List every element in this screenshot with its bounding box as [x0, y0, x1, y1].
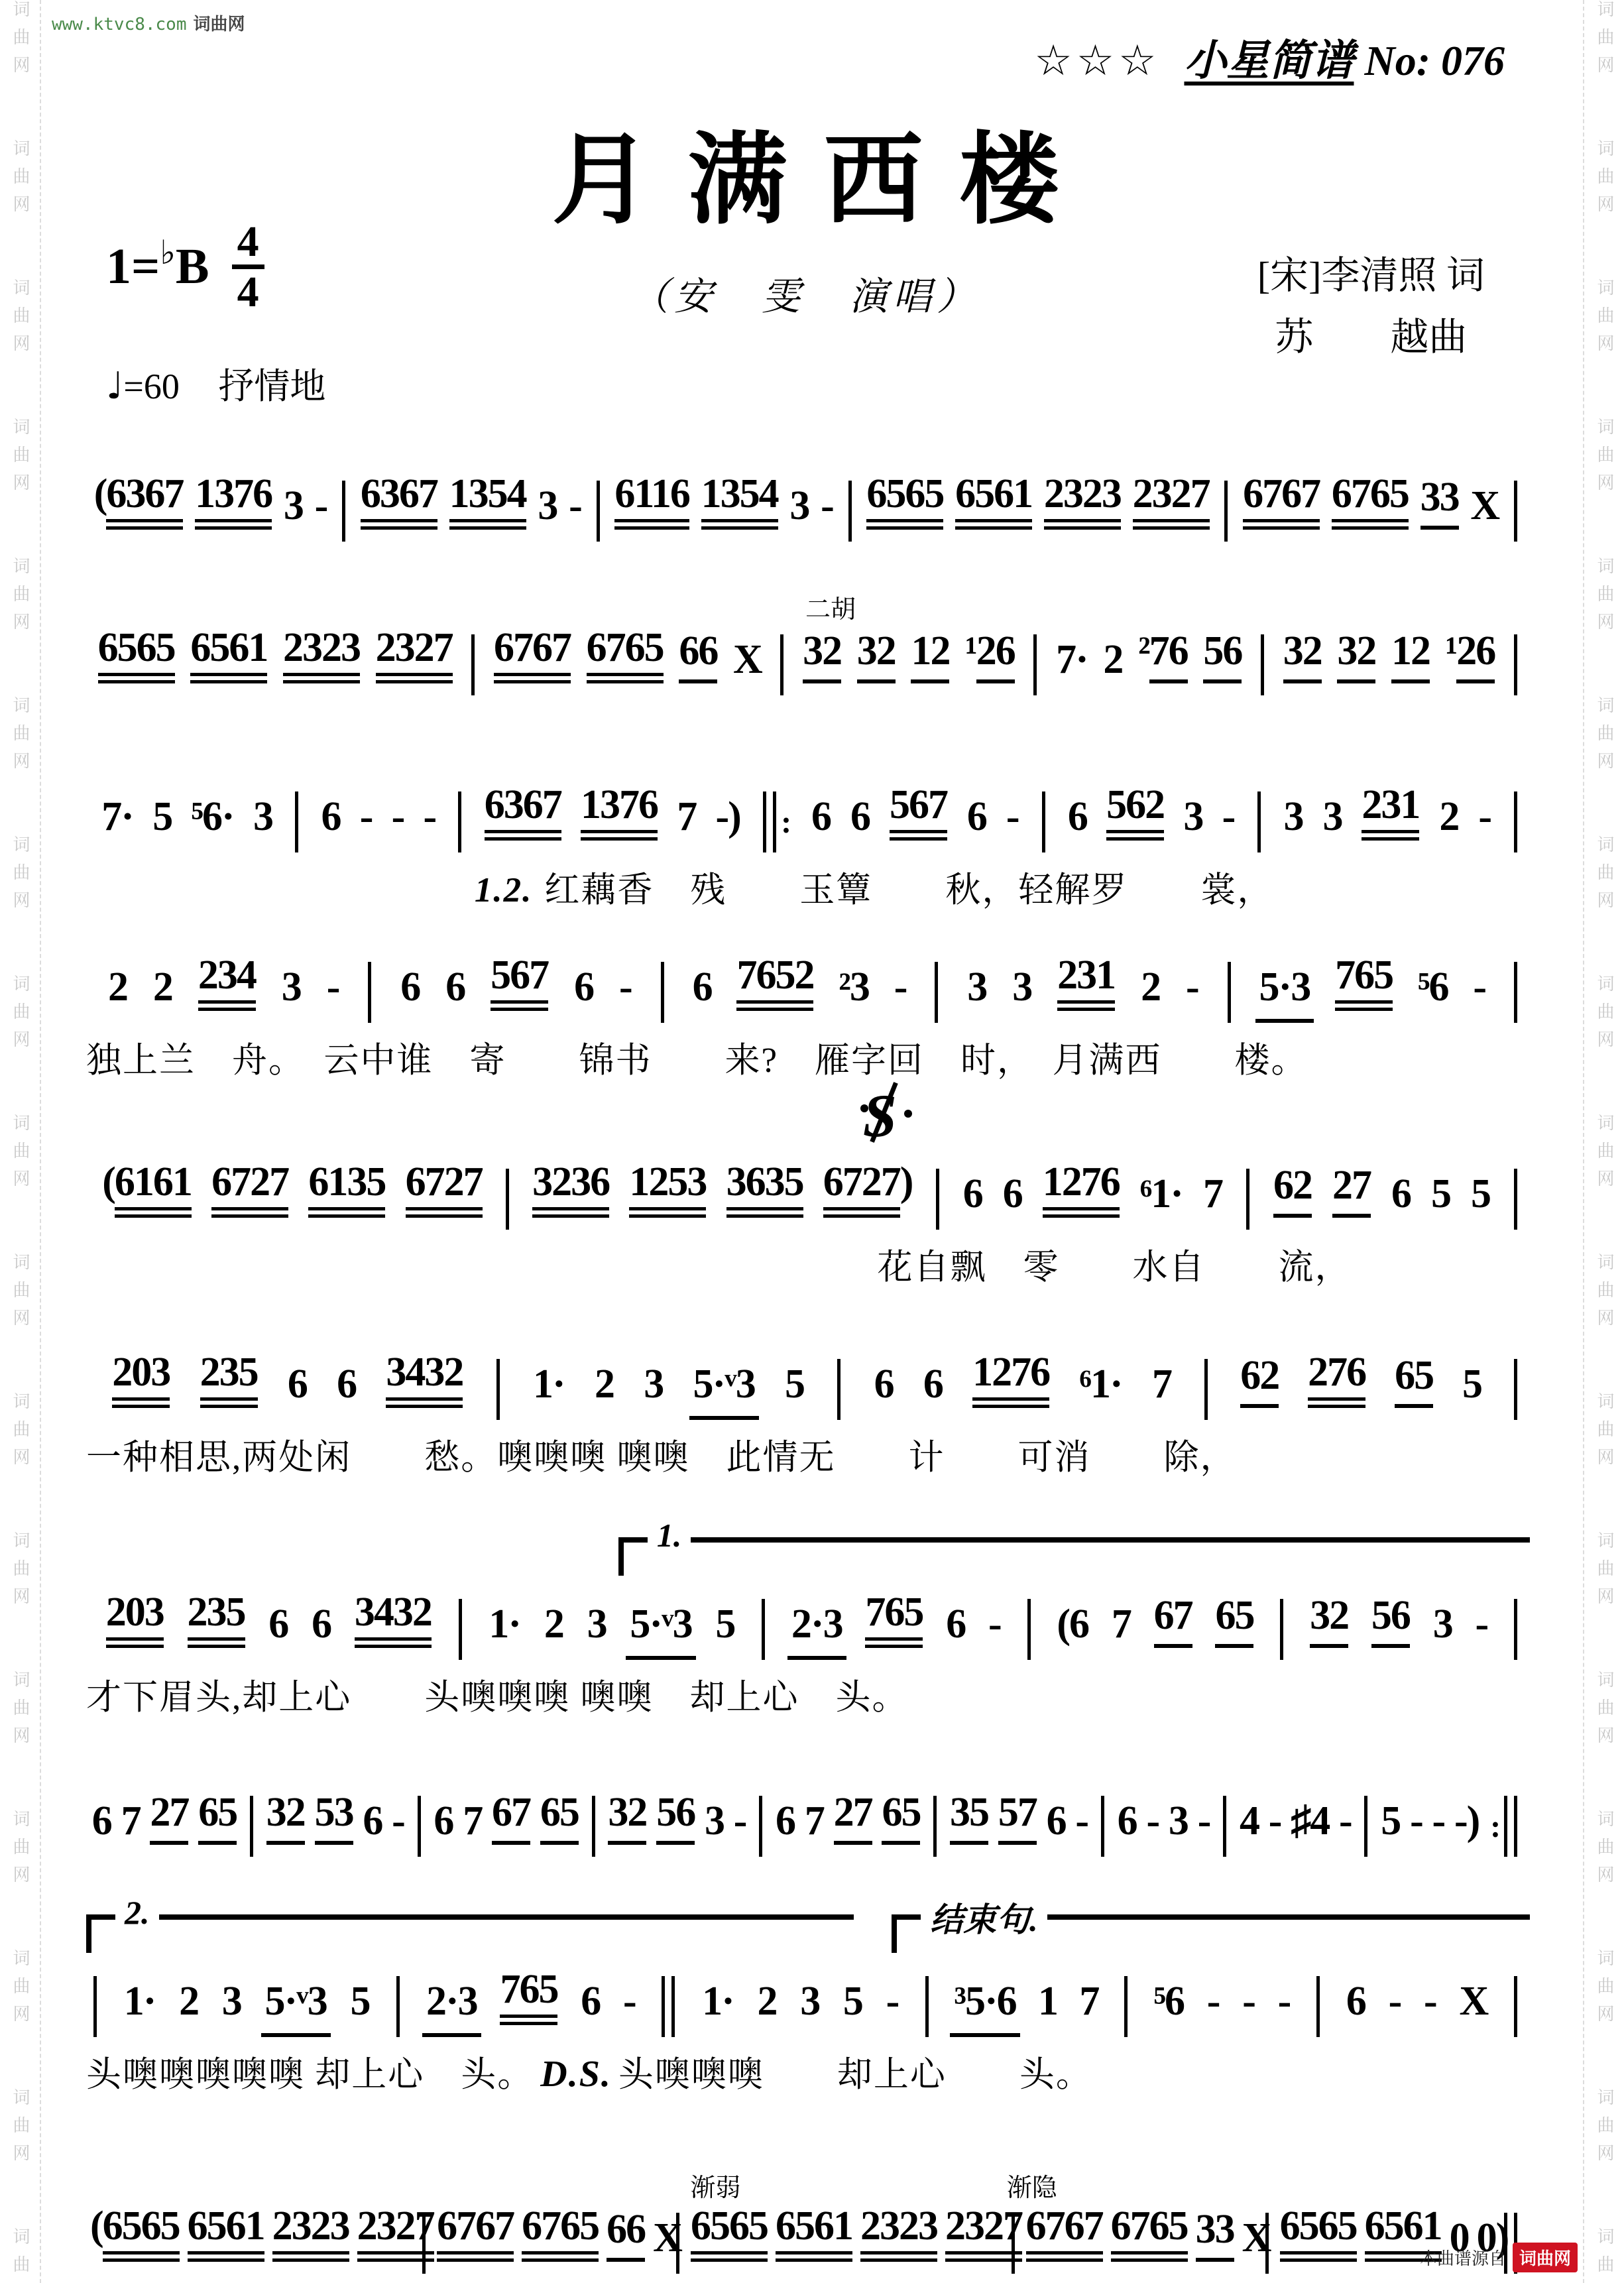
- note-group: 65: [194, 1789, 241, 1857]
- note-group: 6565: [687, 2203, 772, 2274]
- sheet-music-page: 词曲网 词曲网 词曲网 词曲网 词曲网 词曲网 词曲网 词曲网 词曲网 词曲网 …: [0, 0, 1624, 2283]
- note-group: 6767: [1022, 2203, 1107, 2274]
- note-group: 1·: [698, 1978, 738, 2037]
- barline: [1262, 2213, 1272, 2274]
- measure: 676765: [428, 1789, 585, 1857]
- note-group: -: [1385, 1978, 1405, 2037]
- barline: [247, 1796, 257, 1857]
- measure: 661276⁶1·7: [947, 1159, 1239, 1230]
- note-group: 35: [946, 1789, 992, 1857]
- barline: [1243, 1169, 1253, 1230]
- lyrics-text: 才下眉头,却上心 头噢噢噢 噢噢 却上心 头。: [86, 1678, 909, 1717]
- note-group: 3: [701, 1798, 728, 1857]
- measure: 7·2²7656: [1044, 628, 1253, 695]
- note-group: 3: [218, 1978, 245, 2037]
- lyrics-text: 一种相思,两处闲 愁。噢噢噢 噢噢 此情无 计 可消 除，: [86, 1438, 1237, 1477]
- barline: [589, 1796, 599, 1857]
- barline: [1277, 1599, 1287, 1660]
- note-group: 6561: [184, 2203, 268, 2274]
- note-group: 1·: [529, 1361, 569, 1420]
- note-group: 6727): [819, 1159, 917, 1230]
- barline: [455, 1599, 465, 1660]
- note-group: 2·3: [787, 1601, 846, 1660]
- note-group: X: [729, 636, 766, 695]
- note-group: 6367: [481, 782, 565, 852]
- measure: 5---): [1375, 1798, 1485, 1857]
- note-group: 6: [359, 1798, 386, 1857]
- note-group: -: [1194, 1798, 1214, 1857]
- barline: [1511, 481, 1521, 542]
- note-group: 1354: [445, 471, 530, 542]
- note-group: 2: [1137, 964, 1164, 1023]
- measure: 4-♯4-: [1234, 1798, 1357, 1857]
- note-group: 1·: [120, 1978, 160, 2037]
- note-group: 2327: [1129, 471, 1214, 542]
- barline: [1254, 791, 1264, 852]
- note-group: 1253: [625, 1159, 710, 1230]
- measure: (676765: [1038, 1592, 1273, 1660]
- note-group: 32: [853, 628, 899, 695]
- measure: 672765: [770, 1789, 926, 1857]
- note-group: 2323: [279, 624, 364, 695]
- volta-label: 结束句.: [921, 1893, 1047, 1941]
- barline: :: [1489, 1796, 1521, 1857]
- measure: 6565656123232327: [859, 471, 1218, 542]
- note-group: 567: [886, 782, 951, 852]
- note-group: 6: [689, 964, 716, 1023]
- measure: 203235663432: [86, 1589, 451, 1660]
- barline: [1221, 481, 1231, 542]
- lyrics-text: 头噢噢噢 却上心 头。: [618, 2056, 1092, 2094]
- note-group: 6: [570, 964, 597, 1023]
- note-group: 6727: [402, 1159, 487, 1230]
- note-group: 7: [1199, 1171, 1226, 1230]
- note-group: 6765: [1328, 471, 1413, 542]
- barline: [658, 1976, 678, 2037]
- music-line: 1.2032356634321·235·ᵛ352·37656-(67676532…: [86, 1589, 1525, 1720]
- annotation-label: 渐隐: [1007, 2167, 1057, 2203]
- measure: 32563-: [1291, 1592, 1507, 1660]
- note-group: -: [1071, 1798, 1092, 1857]
- note-group: -: [311, 483, 331, 542]
- barline: [931, 962, 941, 1023]
- note-group: 62: [1236, 1352, 1283, 1420]
- barline: [1224, 962, 1234, 1023]
- tempo-value: =60: [123, 367, 179, 406]
- notation-row: (636713763-636713543-611613543-656565612…: [86, 471, 1525, 542]
- barline: [339, 481, 349, 542]
- note-group: 6765: [583, 624, 667, 695]
- note-group: -: [1203, 1978, 1224, 2037]
- note-group: 3: [1429, 1601, 1456, 1660]
- note-group: -: [1428, 1798, 1449, 1857]
- measure: 332312-: [945, 952, 1220, 1023]
- note-group: 1354: [697, 471, 782, 542]
- key-prefix: 1=: [106, 238, 160, 296]
- notation-row: 65656561232323276767676566X323212¹267·2²…: [86, 624, 1525, 695]
- note-group: ⁵6: [1414, 964, 1452, 1023]
- note-group: 765: [1331, 952, 1397, 1023]
- barline: [1511, 1599, 1521, 1660]
- music-line: S(61616727613567273236125336356727)66127…: [86, 1159, 1525, 1289]
- note-group: -: [817, 483, 837, 542]
- note-group: -: [565, 483, 585, 542]
- note-group: -: [323, 964, 343, 1023]
- note-group: 6561: [186, 624, 271, 695]
- note-group: 7·: [97, 793, 137, 852]
- note-group: 234: [194, 952, 260, 1023]
- barline: [419, 2213, 429, 2274]
- measure: 665676-: [378, 952, 653, 1023]
- barline: [834, 1359, 844, 1420]
- note-group: 5: [839, 1978, 866, 2037]
- note-group: 1376: [191, 471, 276, 542]
- note-group: 12: [907, 628, 953, 695]
- note-group: 5: [148, 793, 176, 852]
- notation-row: 2032356634321·235·ᵛ352·37656-(6767653256…: [86, 1589, 1525, 1660]
- footer-credit: 本曲谱源自 词曲网: [1420, 2243, 1578, 2272]
- measure: 636713767-): [469, 782, 756, 852]
- note-group: 12: [1387, 628, 1434, 695]
- barline: [1313, 1976, 1323, 2037]
- note-group: -: [1472, 1601, 1492, 1660]
- barline: [758, 1599, 768, 1660]
- note-group: ²3: [835, 964, 873, 1023]
- note-group: 6: [1043, 1798, 1070, 1857]
- note-group: 6135: [304, 1159, 389, 1230]
- note-group: 276: [1304, 1349, 1369, 1420]
- note-group: 6: [1114, 1798, 1141, 1857]
- key-signature: 1=♭B 4 4: [106, 219, 264, 316]
- annotation-label: 渐弱: [690, 2167, 740, 2203]
- note-group: ⁶1·: [1136, 1171, 1187, 1230]
- note-group: 1·: [485, 1601, 524, 1660]
- note-group: 6: [264, 1601, 292, 1660]
- barline: [1008, 2213, 1018, 2274]
- note-group: 2: [104, 964, 131, 1023]
- note-group: 203: [108, 1349, 174, 1420]
- note-group: 57: [994, 1789, 1041, 1857]
- note-group: 2: [591, 1361, 618, 1420]
- note-group: 5: [781, 1361, 808, 1420]
- note-group: 6: [88, 1798, 115, 1857]
- note-group: ²76: [1134, 628, 1192, 695]
- barline: [1511, 1359, 1521, 1420]
- series-number: No: 076: [1364, 37, 1505, 84]
- note-group: -: [882, 1978, 903, 2037]
- flat-icon: ♭: [160, 233, 176, 272]
- note-group: 2: [1435, 793, 1462, 852]
- meter-denominator: 4: [232, 269, 264, 315]
- footer-source-text: 本曲谱源自: [1420, 2245, 1506, 2270]
- note-group: 1: [1034, 1978, 1061, 2037]
- measure: 636713543-: [353, 471, 589, 542]
- note-group: 235: [184, 1589, 249, 1660]
- note-group: (6: [1053, 1601, 1092, 1660]
- note-group: 6: [846, 793, 874, 852]
- note-group: 6116: [610, 471, 693, 542]
- note-group: 3236: [528, 1159, 613, 1230]
- barline: [455, 791, 465, 852]
- barline: [493, 1359, 503, 1420]
- note-group: -: [1469, 964, 1489, 1023]
- note-group: 5·ᵛ3: [626, 1601, 695, 1660]
- barline: [1201, 1359, 1211, 1420]
- music-line: 7·5⁵6·36---636713767-):665676-65623-3323…: [86, 782, 1525, 912]
- notation-row: 67276532536-67676532563-67276535576-6-3-…: [86, 1789, 1525, 1857]
- tempo-marking: ♩=60 抒情地: [106, 358, 325, 409]
- key-note: B: [176, 238, 209, 296]
- note-group: 65: [1211, 1592, 1257, 1660]
- barline: [922, 1976, 932, 2037]
- barline: [1098, 1796, 1108, 1857]
- note-group: 3: [963, 964, 990, 1023]
- verse-number: 1.2.: [475, 871, 533, 909]
- music-line: 67276532536-67676532563-67276535576-6-3-…: [86, 1789, 1525, 1857]
- right-watermark-rail: 词曲网 词曲网 词曲网 词曲网 词曲网 词曲网 词曲网 词曲网 词曲网 词曲网 …: [1583, 0, 1624, 2283]
- note-group: 32: [1333, 628, 1379, 695]
- note-group: 2: [175, 1978, 202, 2037]
- measure: 6227655: [1257, 1162, 1507, 1230]
- music-line: 222343-665676-67652²3-332312-5·3765⁵6-独上…: [86, 952, 1525, 1083]
- note-group: 67: [488, 1789, 534, 1857]
- measure: 222343-: [86, 952, 361, 1023]
- barline: [468, 634, 478, 695]
- note-group: 6765: [1107, 2203, 1192, 2274]
- note-group: -: [1238, 1978, 1259, 2037]
- measure: ³5·617: [936, 1978, 1117, 2037]
- note-group: 33: [1192, 2206, 1238, 2274]
- note-group: 6: [308, 1601, 335, 1660]
- note-group: 6: [999, 1171, 1026, 1230]
- note-group: 27: [146, 1789, 192, 1857]
- note-group: -: [730, 1798, 750, 1857]
- lyrics-line: 花自飘 零 水自 流，: [878, 1239, 1525, 1289]
- note-group: 2323: [1040, 471, 1125, 542]
- note-group: -: [420, 793, 440, 852]
- measure: 35576-: [944, 1789, 1094, 1857]
- volta-label: 1.: [648, 1516, 691, 1554]
- music-line: (636713763-636713543-611613543-656565612…: [86, 471, 1525, 542]
- note-group: 67: [1150, 1592, 1196, 1660]
- note-group: 1276: [1039, 1159, 1124, 1230]
- note-group: -: [1265, 1798, 1285, 1857]
- note-group: -: [388, 793, 408, 852]
- measure: 1·235-: [682, 1978, 918, 2037]
- note-group: 4: [1236, 1798, 1263, 1857]
- lyrics-line: 一种相思,两处闲 愁。噢噢噢 噢噢 此情无 计 可消 除，: [86, 1429, 1525, 1480]
- measure: 661276⁶1·7: [848, 1349, 1197, 1420]
- note-group: 62: [1269, 1162, 1316, 1230]
- barline: [1361, 1796, 1371, 1857]
- barline: [845, 481, 855, 542]
- measure: 67652²3-: [671, 952, 928, 1023]
- note-group: 66: [603, 2206, 649, 2274]
- note-group: 6565: [1276, 2203, 1361, 2274]
- note-group: 765: [496, 1966, 561, 2037]
- note-group: 6565: [94, 624, 179, 695]
- barline: [593, 481, 603, 542]
- measure: ⁵6---: [1135, 1978, 1309, 2037]
- music-line: 二胡65656561232323276767676566X323212¹267·…: [86, 624, 1525, 695]
- barline: [1024, 1599, 1034, 1660]
- note-group: 2323: [856, 2203, 941, 2274]
- note-group: 65: [878, 1789, 924, 1857]
- barline: [1257, 634, 1267, 695]
- note-group: (6565: [86, 2203, 184, 2274]
- note-group: 5: [346, 1978, 373, 2037]
- volta-bracket: 2.: [86, 1914, 854, 1953]
- note-group: 3635: [723, 1159, 807, 1230]
- barline: [1039, 791, 1049, 852]
- lyricist-credit: [宋]李清照 词: [1257, 245, 1485, 307]
- note-group: 7652: [732, 952, 817, 1023]
- note-group: 3: [249, 793, 276, 852]
- note-group: 3: [278, 964, 305, 1023]
- note-group: 6: [919, 1361, 947, 1420]
- left-watermark-rail: 词曲网 词曲网 词曲网 词曲网 词曲网 词曲网 词曲网 词曲网 词曲网 词曲网 …: [0, 0, 41, 2283]
- note-group: 6: [577, 1978, 604, 2037]
- page-title: 月满西楼: [86, 99, 1525, 243]
- measure: 665676-: [795, 782, 1035, 852]
- note-group: ⁵6: [1149, 1978, 1188, 2037]
- note-group: 3432: [351, 1589, 435, 1660]
- volta-bracket: 1.: [618, 1537, 1530, 1576]
- score-body: (636713763-636713543-611613543-656565612…: [86, 471, 1525, 2274]
- note-group: -: [1218, 793, 1239, 852]
- note-group: 6765: [518, 2203, 603, 2274]
- note-group: 3: [280, 483, 307, 542]
- note-group: ⁶1·: [1075, 1361, 1126, 1420]
- quarter-note-icon: ♩: [106, 365, 123, 408]
- measure: 6767676566X: [482, 624, 773, 695]
- note-group: 5: [1377, 1798, 1404, 1857]
- measure: 5·3765⁵6-: [1238, 952, 1507, 1023]
- note-group: 3: [534, 483, 561, 542]
- barline: [1511, 791, 1521, 852]
- note-group: 3: [1165, 1798, 1192, 1857]
- note-group: -: [1274, 1978, 1295, 2037]
- note-group: 33: [1417, 474, 1463, 542]
- note-group: 2: [753, 1978, 780, 2037]
- note-group: 6: [284, 1361, 311, 1420]
- note-group: 6561: [951, 471, 1036, 542]
- note-group: 3: [1008, 964, 1035, 1023]
- footer-site-badge[interactable]: 词曲网: [1513, 2243, 1578, 2272]
- note-group: 6: [870, 1361, 898, 1420]
- score-header: ☆☆☆ 小星简谱 No: 076 月满西楼 （安 雯 演唱） [宋]李清照 词 …: [86, 0, 1525, 424]
- barline: [930, 1796, 940, 1857]
- lyrics-text: 红藕香 残 玉簟 秋，轻解罗 裳，: [544, 871, 1273, 909]
- measure: (6565656123232327: [86, 2203, 415, 2274]
- credits: [宋]李清照 词 苏 越曲: [1257, 245, 1485, 369]
- note-group: 6: [807, 793, 835, 852]
- note-group: 56: [1199, 628, 1246, 695]
- note-group: 65: [1391, 1352, 1437, 1420]
- measure: 3236125336356727): [516, 1159, 929, 1230]
- note-group: 66: [675, 628, 721, 695]
- measure: 6767676533X: [1235, 471, 1507, 542]
- series-line: ☆☆☆ 小星简谱 No: 076: [1034, 27, 1505, 88]
- barline: [393, 1976, 403, 2037]
- expression-marking: 抒情地: [218, 367, 325, 406]
- note-group: 6767: [433, 2203, 518, 2274]
- composer-credit: 苏 越曲: [1257, 307, 1485, 369]
- measure: 6767676533X: [1022, 2203, 1258, 2274]
- note-group: 6727: [207, 1159, 292, 1230]
- barline: [502, 1169, 512, 1230]
- meter-numerator: 4: [232, 219, 264, 269]
- note-group: 3: [1279, 793, 1306, 852]
- note-group: -: [984, 1601, 1005, 1660]
- note-group: 2: [1099, 636, 1126, 695]
- note-group: 32: [1279, 628, 1326, 695]
- note-group: 3: [785, 483, 813, 542]
- note-group: 7: [1075, 1978, 1102, 2037]
- note-group: 3: [1179, 793, 1206, 852]
- note-group: 6565: [862, 471, 947, 542]
- note-group: (6161: [98, 1159, 196, 1230]
- measure: (636713763-: [86, 471, 335, 542]
- measure: 32563-: [603, 1789, 752, 1857]
- measure: 1·235·ᵛ35: [469, 1601, 755, 1660]
- note-group: 7: [1108, 1601, 1135, 1660]
- note-group: -: [615, 964, 636, 1023]
- note-group: -: [1182, 964, 1202, 1023]
- note-group: 5: [711, 1601, 738, 1660]
- note-group: 765: [861, 1589, 927, 1660]
- note-group: 2·3: [422, 1978, 481, 2037]
- measure: 672765: [86, 1789, 243, 1857]
- barline: [90, 1976, 100, 2037]
- note-group: -: [1002, 793, 1023, 852]
- measure: 32536-: [261, 1789, 410, 1857]
- measure: 611613543-: [607, 471, 841, 542]
- barline: [1511, 962, 1521, 1023]
- note-group: 2: [540, 1601, 567, 1660]
- lyrics-line: 头噢噢噢噢噢 却上心 头。D.S.头噢噢噢 却上心 头。: [86, 2046, 1525, 2097]
- annotation-label: 二胡: [805, 589, 856, 625]
- note-group: 6: [942, 1601, 969, 1660]
- dal-segno-marking: D.S.: [534, 2054, 618, 2095]
- note-group: 27: [1328, 1162, 1375, 1230]
- segno-icon: S: [863, 1081, 905, 1141]
- barline: [1511, 1169, 1521, 1230]
- time-signature: 4 4: [232, 219, 264, 316]
- note-group: -): [711, 793, 744, 852]
- measure: 1·235·ᵛ35: [507, 1361, 831, 1420]
- measure: 6565656123232327: [86, 624, 464, 695]
- note-group: 6767: [490, 624, 575, 695]
- note-group: 2: [149, 964, 176, 1023]
- note-group: 5: [1467, 1171, 1494, 1230]
- volta-label: 2.: [115, 1893, 159, 1932]
- barline: [365, 962, 375, 1023]
- note-group: ¹26: [961, 628, 1019, 695]
- note-group: 203: [102, 1589, 168, 1660]
- note-group: 7: [801, 1798, 828, 1857]
- note-group: 3: [796, 1978, 823, 2037]
- notation-row: (65656561232323276767676566X656565612323…: [86, 2203, 1525, 2274]
- note-group: 6367: [357, 471, 441, 542]
- lyrics-text: 头噢噢噢噢噢 却上心 头。: [86, 2056, 534, 2094]
- note-group: 6: [1342, 1978, 1369, 2037]
- note-group: 27: [830, 1789, 876, 1857]
- measure: 6--X: [1327, 1978, 1507, 2037]
- barline: [414, 1796, 424, 1857]
- notation-row: 2032356634321·235·ᵛ35661276⁶1·762276655: [86, 1349, 1525, 1420]
- note-group: 6: [430, 1798, 457, 1857]
